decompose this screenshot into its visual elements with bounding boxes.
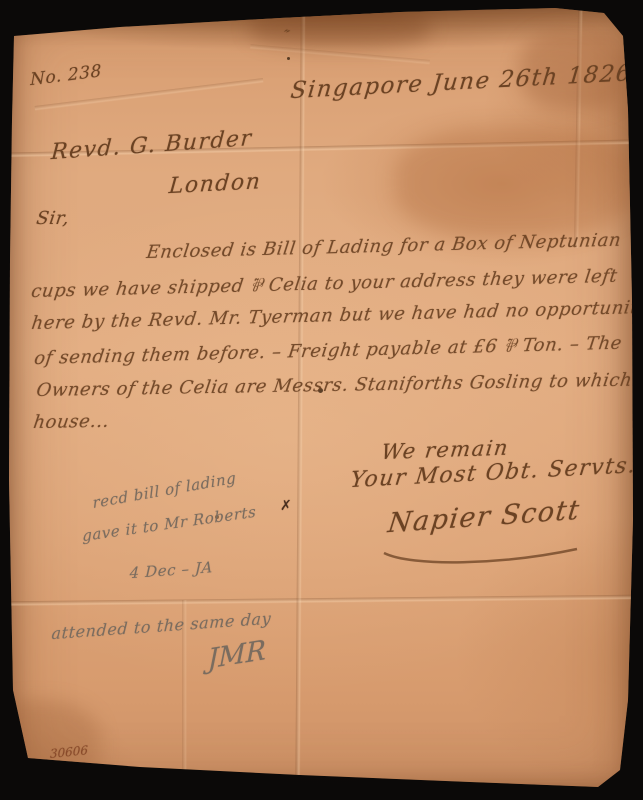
body-line: Enclosed is Bill of Lading for a Box of … <box>145 230 622 264</box>
attended-note: attended to the same day <box>51 609 272 643</box>
recipient-city: London <box>168 169 263 199</box>
signature: Napier Scott <box>386 495 582 540</box>
recipient-name: Revd. G. Burder <box>50 126 253 165</box>
archive-number: 30606 <box>50 743 88 761</box>
body-line: cups we have shipped ⅌ Celia to your add… <box>30 264 619 303</box>
stain-right-middle <box>395 128 635 238</box>
ditto-mark: ″ <box>280 26 291 45</box>
clerk-initials: JMR <box>207 635 266 676</box>
letter-reference-number: No. 238 <box>30 61 102 90</box>
salutation: Sir, <box>35 208 71 229</box>
fold-crease-vertical-right <box>574 8 583 248</box>
body-line: of sending them before. – Freight payabl… <box>33 331 624 370</box>
letter-dateline: Singapore June 26th 1826 <box>289 60 633 104</box>
photo-background: No. 238 ″ Singapore June 26th 1826 Revd.… <box>0 0 643 800</box>
body-line: house... <box>32 411 111 433</box>
pencil-note-line: 4 Dec – JA <box>129 558 213 582</box>
wrinkle-top-center <box>250 44 430 65</box>
body-line: Owners of the Celia are Messrs. Stanifor… <box>35 369 643 401</box>
fold-crease-horizontal-bottom <box>8 595 636 607</box>
pencil-note-line: recd bill of lading <box>92 469 237 512</box>
stain-top-center <box>250 8 430 48</box>
ink-blot-top <box>287 57 290 60</box>
letter-paper: No. 238 ″ Singapore June 26th 1826 Revd.… <box>0 0 643 800</box>
cross-mark: ✗ <box>280 498 292 514</box>
fold-crease-vertical-center <box>295 10 305 795</box>
body-line: here by the Revd. Mr. Tyerman but we hav… <box>30 297 643 334</box>
signature-flourish <box>382 545 582 569</box>
